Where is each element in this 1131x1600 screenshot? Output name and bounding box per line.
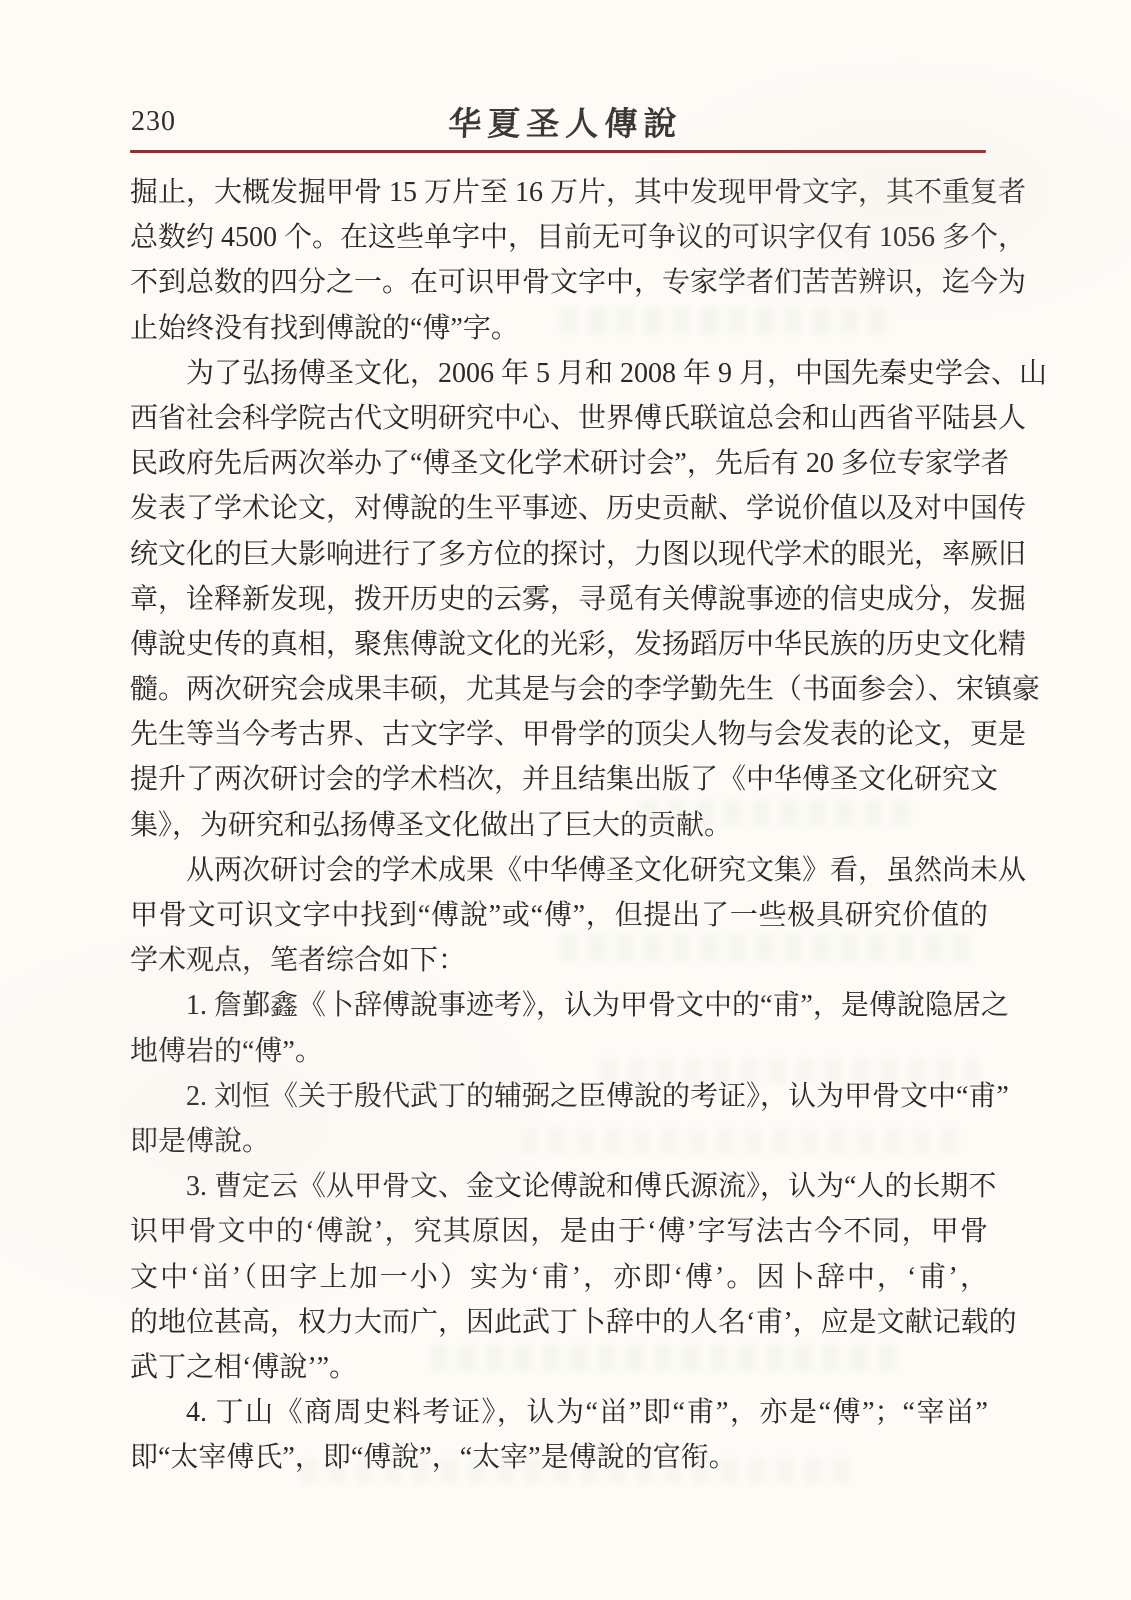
- body-line: 文中‘畄’（田字上加一小）实为‘甫’，亦即‘傅’。因卜辞中，‘甫’，: [130, 1255, 988, 1300]
- body-line: 先生等当今考古界、古文字学、甲骨学的顶尖人物与会发表的论文，更是: [130, 712, 988, 757]
- body-line: 髓。两次研究会成果丰硕，尤其是与会的李学勤先生（书面参会）、宋镇豪: [130, 667, 988, 712]
- body-line: 不到总数的四分之一。在可识甲骨文字中，专家学者们苦苦辨识，迄今为: [130, 260, 988, 305]
- body-line: 西省社会科学院古代文明研究中心、世界傅氏联谊总会和山西省平陆县人: [130, 396, 988, 441]
- body-line: 从两次研讨会的学术成果《中华傅圣文化研究文集》看，虽然尚未从: [130, 848, 988, 893]
- body-line: 止始终没有找到傅說的“傅”字。: [130, 306, 988, 351]
- body-line: 发表了学术论文，对傅說的生平事迹、历史贡献、学说价值以及对中国传: [130, 486, 988, 531]
- body-text: 掘止，大概发掘甲骨 15 万片至 16 万片，其中发现甲骨文字，其不重复者总数约…: [130, 170, 988, 1480]
- body-line: 甲骨文可识文字中找到“傅說”或“傅”，但提出了一些极具研究价值的: [130, 893, 988, 938]
- body-line: 识甲骨文中的‘傅說’，究其原因，是由于‘傅’字写法古今不同，甲骨: [130, 1209, 988, 1254]
- body-line: 章，诠释新发现，拨开历史的云雾，寻觅有关傅說事迹的信史成分，发掘: [130, 577, 988, 622]
- body-line: 武丁之相‘傅說’”。: [130, 1345, 988, 1390]
- header-title: 华夏圣人傳說: [0, 98, 1131, 145]
- body-line: 学术观点，笔者综合如下：: [130, 938, 988, 983]
- header-rule: [130, 150, 986, 153]
- body-line: 的地位甚高，权力大而广，因此武丁卜辞中的人名‘甫’，应是文献记载的: [130, 1300, 988, 1345]
- body-line: 掘止，大概发掘甲骨 15 万片至 16 万片，其中发现甲骨文字，其不重复者: [130, 170, 988, 215]
- body-line: 即“太宰傅氏”，即“傅說”，“太宰”是傅說的官衔。: [130, 1435, 988, 1480]
- body-line: 集》，为研究和弘扬傅圣文化做出了巨大的贡献。: [130, 803, 988, 848]
- body-line: 即是傅說。: [130, 1119, 988, 1164]
- body-line: 统文化的巨大影响进行了多方位的探讨，力图以现代学术的眼光，率厥旧: [130, 532, 988, 577]
- body-line: 为了弘扬傅圣文化，2006 年 5 月和 2008 年 9 月，中国先秦史学会、…: [130, 351, 988, 396]
- body-line: 1. 詹鄞鑫《卜辞傅說事迹考》，认为甲骨文中的“甫”，是傅說隐居之: [130, 983, 988, 1028]
- body-line: 总数约 4500 个。在这些单字中，目前无可争议的可识字仅有 1056 多个，: [130, 215, 988, 260]
- body-line: 提升了两次研讨会的学术档次，并且结集出版了《中华傅圣文化研究文: [130, 757, 988, 802]
- body-line: 3. 曹定云《从甲骨文、金文论傅說和傅氏源流》，认为“人的长期不: [130, 1164, 988, 1209]
- body-line: 民政府先后两次举办了“傅圣文化学术研讨会”，先后有 20 多位专家学者: [130, 441, 988, 486]
- book-page: 230 华夏圣人傳說 掘止，大概发掘甲骨 15 万片至 16 万片，其中发现甲骨…: [0, 0, 1131, 1600]
- body-line: 傅說史传的真相，聚焦傅說文化的光彩，发扬蹈厉中华民族的历史文化精: [130, 622, 988, 667]
- body-line: 地傅岩的“傅”。: [130, 1029, 988, 1074]
- body-line: 2. 刘恒《关于殷代武丁的辅弼之臣傅說的考证》，认为甲骨文中“甫”: [130, 1074, 988, 1119]
- body-line: 4. 丁山《商周史料考证》，认为“畄”即“甫”，亦是“傅”；“宰畄”: [130, 1390, 988, 1435]
